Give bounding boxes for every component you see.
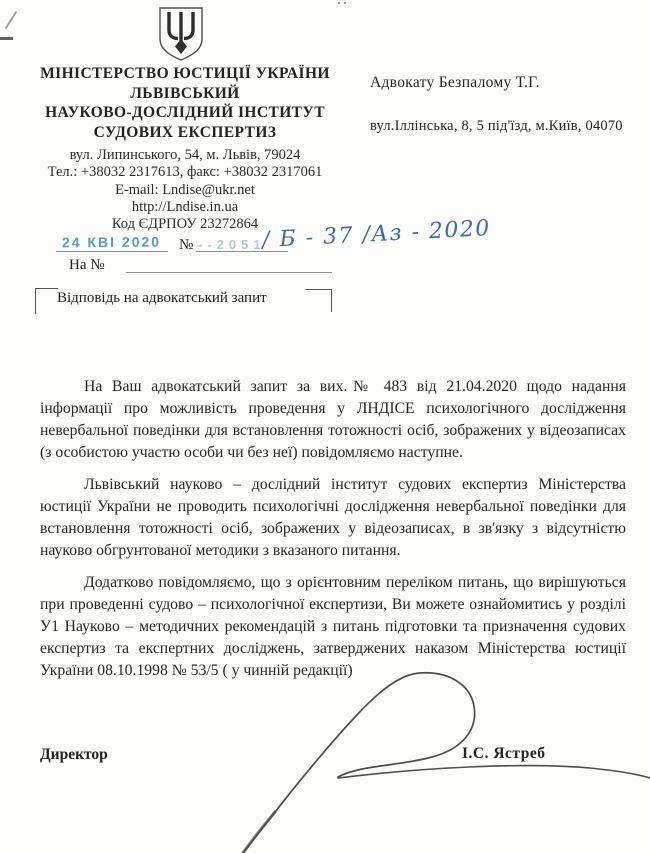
phone-fax: Тел.: +38032 2317613, факс: +38032 23170… [24,164,346,181]
in-reply-underline [126,272,332,273]
scanned-letter-page: МІНІСТЕРСТВО ЮСТИЦІЇ УКРАЇНИ ЛЬВІВСЬКИЙ … [0,0,650,853]
outgoing-number-stamp: --2051 [198,237,266,252]
incoming-date-stamp: 24 КВІ 2020 [62,234,161,251]
addressee-block: Адвокату Безпалому Т.Г. вул.Іллінська, 8… [370,74,636,135]
date-underline [56,251,168,252]
scan-artifact-dash [0,37,13,40]
in-reply-label: На № [69,257,105,274]
corner-mark-right [306,289,332,312]
addressee-name: Адвокату Безпалому Т.Г. [370,74,636,92]
scan-artifact-dots [338,2,350,6]
email-address: E-mail: Lndise@ukr.net [24,182,346,199]
website-url: http://Lndise.in.ua [24,199,346,216]
corner-mark-left [35,288,58,314]
letterhead: МІНІСТЕРСТВО ЮСТИЦІЇ УКРАЇНИ ЛЬВІВСЬКИЙ … [24,64,346,233]
street-address: вул. Липинського, 54, м. Львів, 79024 [24,147,346,164]
handwritten-signature-icon [220,662,650,853]
addressee-address: вул.Іллінська, 8, 5 під'їзд, м.Київ, 040… [370,118,636,135]
subject-line: Відповідь на адвокатський запит [57,290,267,307]
institute-name-line-3: СУДОВИХ ЕКСПЕРТИЗ [24,123,346,143]
body-paragraph-1: На Ваш адвокатський запит за вих.№ 483 в… [40,376,626,464]
letter-body: На Ваш адвокатський запит за вих.№ 483 в… [40,376,626,692]
institute-name-line-1: ЛЬВІВСЬКИЙ [24,84,346,104]
number-sign: № [179,237,193,254]
institute-name-line-2: НАУКОВО-ДОСЛІДНИЙ ІНСТИТУТ [24,103,346,123]
ukraine-trident-emblem-icon [156,5,206,63]
scan-artifact-diagonal [5,11,17,29]
ministry-name: МІНІСТЕРСТВО ЮСТИЦІЇ УКРАЇНИ [24,64,346,84]
director-title: Директор [40,746,108,764]
body-paragraph-2: Львівський науково – дослідний інститут … [40,474,626,562]
